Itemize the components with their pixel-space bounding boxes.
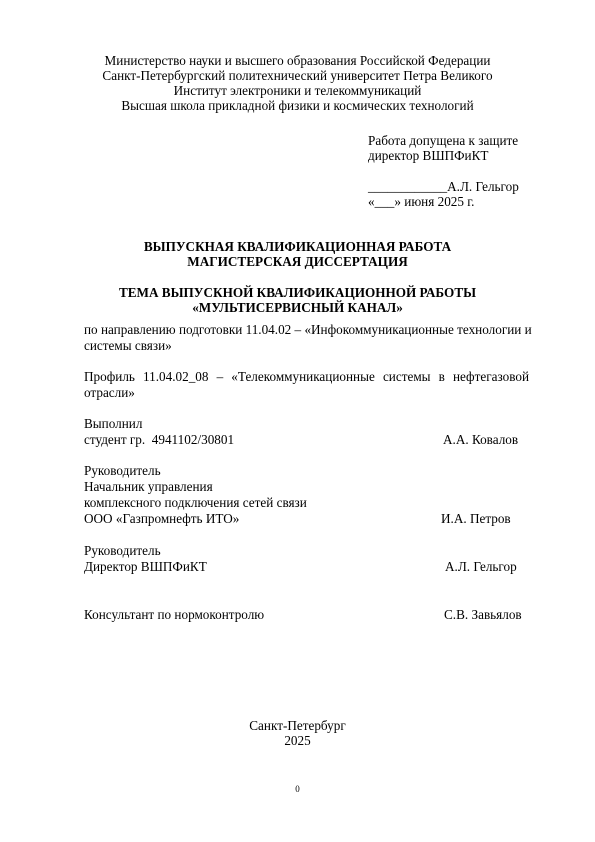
page-number: 0	[0, 784, 595, 794]
footer-year: 2025	[0, 733, 595, 748]
profile-line-1: Профиль 11.04.02_08 – «Телекоммуникацион…	[84, 369, 529, 384]
header-line-institute: Институт электроники и телекоммуникаций	[0, 83, 595, 98]
consultant-name: С.В. Завьялов	[444, 607, 522, 622]
supervisor-role: Директор ВШПФиКТ	[84, 559, 207, 574]
performer-group: студент гр. 4941102/30801	[84, 432, 234, 447]
header-line-ministry: Министерство науки и высшего образования…	[0, 53, 595, 68]
approval-signature: ____________А.Л. Гельгор	[368, 179, 519, 194]
supervisor-label: Руководитель	[84, 543, 161, 558]
topic-line-2: «МУЛЬТИСЕРВИСНЫЙ КАНАЛ»	[0, 300, 595, 315]
performer-label: Выполнил	[84, 416, 142, 431]
approval-director: директор ВШПФиКТ	[368, 148, 488, 163]
title-line-1: ВЫПУСКНАЯ КВАЛИФИКАЦИОННАЯ РАБОТА	[0, 239, 595, 254]
header-line-university: Санкт-Петербургский политехнический унив…	[0, 68, 595, 83]
supervisor-role-1: Начальник управления	[84, 479, 213, 494]
title-line-2: МАГИСТЕРСКАЯ ДИССЕРТАЦИЯ	[0, 254, 595, 269]
direction-line-2: системы связи»	[84, 338, 172, 353]
performer-name: А.А. Ковалов	[443, 432, 518, 447]
direction-line-1: по направлению подготовки 11.04.02 – «Ин…	[84, 322, 532, 337]
supervisor-label: Руководитель	[84, 463, 161, 478]
supervisor-name: А.Л. Гельгор	[445, 559, 517, 574]
profile-line-2: отрасли»	[84, 385, 135, 400]
approval-text: Работа допущена к защите	[368, 133, 518, 148]
supervisor-role-2: комплексного подключения сетей связи	[84, 495, 307, 510]
footer-city: Санкт-Петербург	[0, 718, 595, 733]
supervisor-organization: ООО «Газпромнефть ИТО»	[84, 511, 239, 526]
header-line-school: Высшая школа прикладной физики и космиче…	[0, 98, 595, 113]
supervisor-name: И.А. Петров	[441, 511, 511, 526]
consultant-role: Консультант по нормоконтролю	[84, 607, 264, 622]
topic-line-1: ТЕМА ВЫПУСКНОЙ КВАЛИФИКАЦИОННОЙ РАБОТЫ	[0, 285, 595, 300]
approval-date: «___» июня 2025 г.	[368, 194, 474, 209]
